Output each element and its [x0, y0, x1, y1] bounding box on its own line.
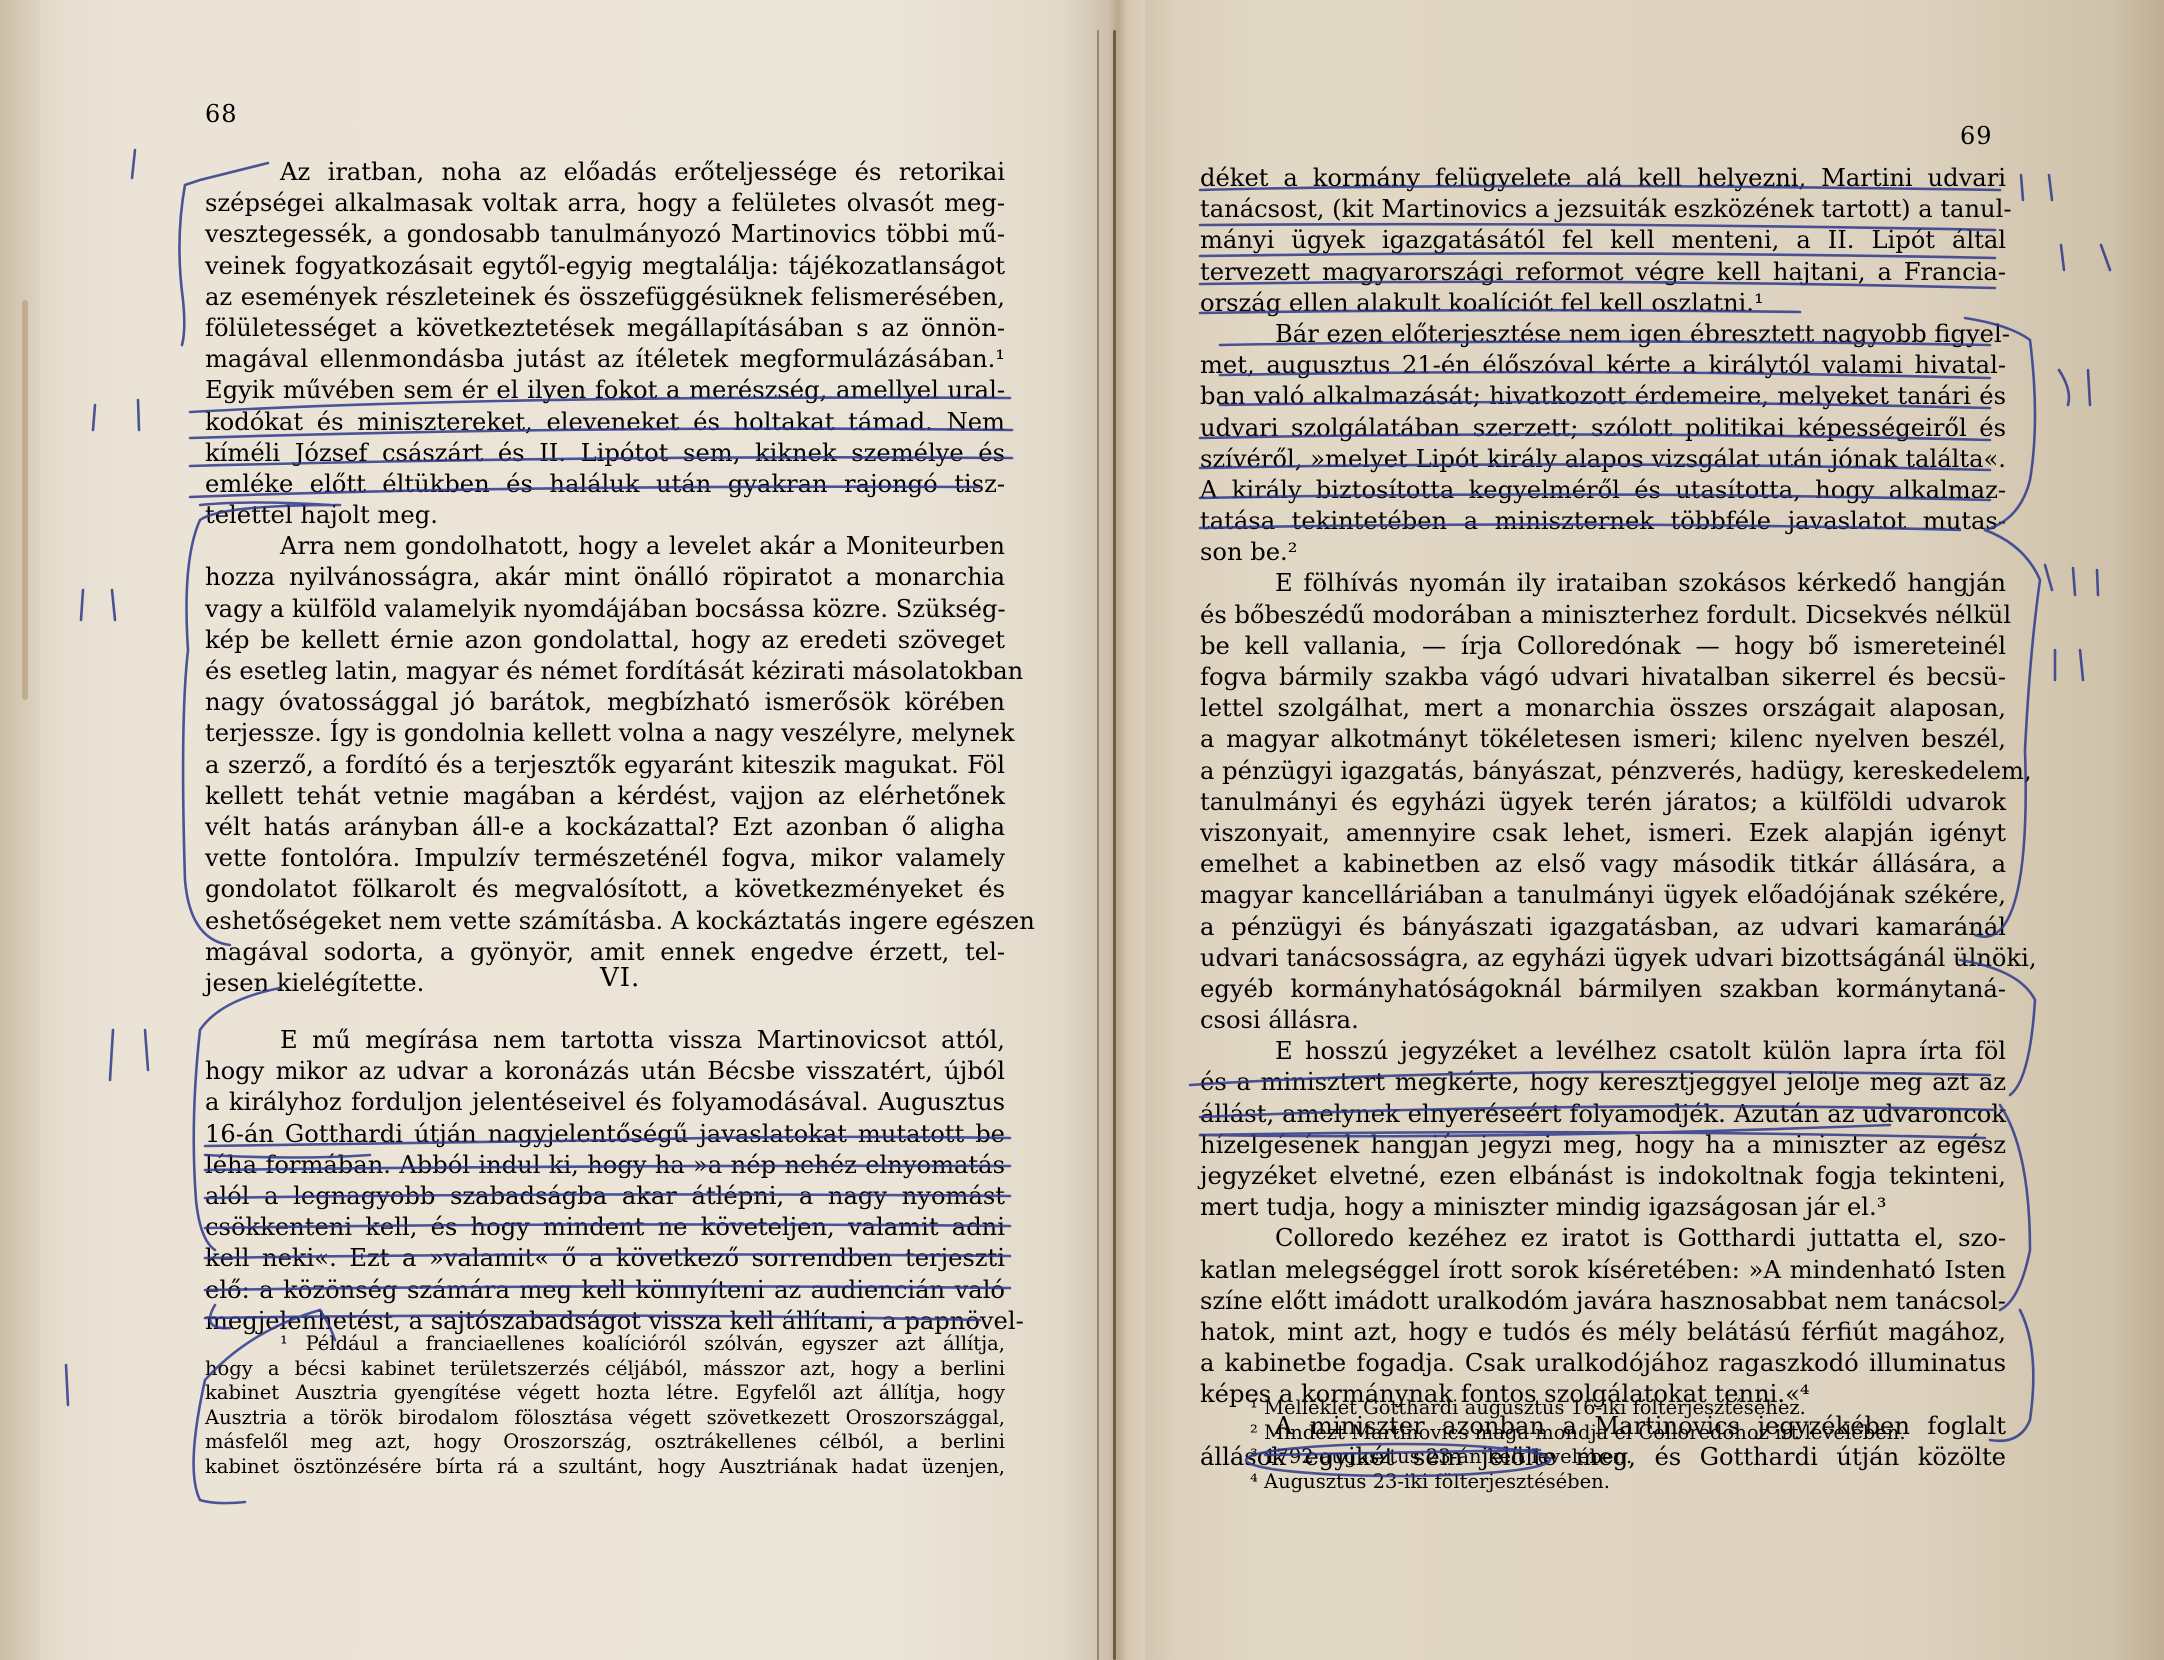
text-line: jegyzéket elvetné, ezen elbánást is indo…	[1200, 1161, 2006, 1192]
text-line: elő: a közönség számára meg kell könnyít…	[205, 1275, 1005, 1306]
paragraph: E fölhívás nyomán ily irataiban szokásos…	[1200, 568, 2006, 1036]
text-line: déket a kormány felügyelete alá kell hel…	[1200, 163, 2006, 194]
text-line: E hosszú jegyzéket a levélhez csatolt kü…	[1200, 1036, 2006, 1067]
text-line: csökkenteni kell, és hogy mindent ne köv…	[205, 1212, 1005, 1243]
text-line: tanácsost, (kit Martinovics a jezsuiták …	[1200, 194, 2006, 225]
paragraph: déket a kormány felügyelete alá kell hel…	[1200, 163, 2006, 319]
footnote-line: ³ 1792 augusztus 23-án kelt levelében.	[1250, 1445, 2000, 1470]
text-line: tervezett magyarországi reformot végre k…	[1200, 257, 2006, 288]
section-paragraph: E mű megírása nem tartotta vissza Martin…	[205, 1025, 1005, 1337]
text-line: magyar kancelláriában a tanulmányi ügyek…	[1200, 880, 2006, 911]
text-line: és esetleg latin, magyar és német fordít…	[205, 656, 1005, 687]
text-line: E mű megírása nem tartotta vissza Martin…	[205, 1025, 1005, 1056]
text-line: Arra nem gondolhatott, hogy a levelet ak…	[205, 531, 1005, 562]
text-line: fogva bármily szakba vágó udvari hivatal…	[1200, 662, 2006, 693]
text-line: hogy mikor az udvar a koronázás után Béc…	[205, 1056, 1005, 1087]
text-line: telettel hajolt meg.	[205, 500, 1005, 531]
text-line: gondolatot fölkarolt és megvalósított, a…	[205, 874, 1005, 905]
text-line: terjessze. Így is gondolnia kellett voln…	[205, 718, 1005, 749]
text-line: Az iratban, noha az előadás erőteljesség…	[205, 157, 1005, 188]
text-line: udvari tanácsosságra, az egyházi ügyek u…	[1200, 943, 2006, 974]
book-gutter	[1085, 0, 1145, 1660]
paragraph: E mű megírása nem tartotta vissza Martin…	[205, 1025, 1005, 1337]
text-line: csosi állásra.	[1200, 1005, 2006, 1036]
spine-crack	[1097, 30, 1099, 1660]
text-line: ország ellen alakult koalíciót fel kell …	[1200, 288, 2006, 319]
section-heading: VI.	[600, 963, 640, 993]
text-line: hízelgésének hangján jegyzi meg, hogy ha…	[1200, 1130, 2006, 1161]
footnote-line: ¹ Például a franciaellenes koalícióról s…	[205, 1332, 1005, 1357]
footnote-line: Ausztria a török birodalom fölosztása vé…	[205, 1406, 1005, 1431]
text-line: fölületességet a következtetések megálla…	[205, 313, 1005, 344]
page-edge	[0, 0, 40, 1660]
text-line: lettel szolgálhat, mert a monarchia össz…	[1200, 693, 2006, 724]
text-line: ban való alkalmazását; hivatkozott érdem…	[1200, 381, 2006, 412]
text-line: met, augusztus 21-én élőszóval kérte a k…	[1200, 350, 2006, 381]
text-line: egyéb kormányhatóságoknál bármilyen szak…	[1200, 974, 2006, 1005]
text-line: emelhet a kabinetben az első vagy másodi…	[1200, 849, 2006, 880]
page-number-left: 68	[205, 100, 238, 128]
text-line: udvari szolgálatában szerzett; szólott p…	[1200, 413, 2006, 444]
text-line: E fölhívás nyomán ily irataiban szokásos…	[1200, 568, 2006, 599]
text-line: tanulmányi és egyházi ügyek terén járato…	[1200, 787, 2006, 818]
right-body-text: déket a kormány felügyelete alá kell hel…	[1200, 163, 2006, 1473]
text-line: 16-án Gotthardi útján nagyjelentőségű ja…	[205, 1119, 1005, 1150]
text-line: hozza nyilvánosságra, akár mint önálló r…	[205, 562, 1005, 593]
footnote-line: kabinet ösztönzésére bírta rá a szultánt…	[205, 1455, 1005, 1480]
text-line: kell neki«. Ezt a »valamit« ő a következ…	[205, 1243, 1005, 1274]
text-line: színe előtt imádott uralkodóm javára has…	[1200, 1286, 2006, 1317]
text-line: eshetőségeket nem vette számításba. A ko…	[205, 906, 1005, 937]
footnote-line: ² Mindezt Martinovics maga mondja el Col…	[1250, 1421, 2000, 1446]
footnote-line: másfelől meg azt, hogy Oroszország, oszt…	[205, 1430, 1005, 1455]
text-line: vette fontolóra. Impulzív természeténél …	[205, 843, 1005, 874]
footnote-line: kabinet Ausztria gyengítése végett hozta…	[205, 1381, 1005, 1406]
text-line: a pénzügyi és bányászati igazgatásban, a…	[1200, 912, 2006, 943]
text-line: szívéről, »melyet Lipót király alapos vi…	[1200, 444, 2006, 475]
footnote-line: ¹ Melléklet Gotthardi augusztus 16-iki f…	[1250, 1396, 2000, 1421]
text-line: és a minisztert megkérte, hogy keresztje…	[1200, 1067, 2006, 1098]
text-line: alól a legnagyobb szabadságba akar átlép…	[205, 1181, 1005, 1212]
text-line: vesztegessék, a gondosabb tanulmányozó M…	[205, 219, 1005, 250]
water-stain	[22, 300, 28, 700]
text-line: vagy a külföld valamelyik nyomdájában bo…	[205, 594, 1005, 625]
left-body-text: Az iratban, noha az előadás erőteljesség…	[205, 157, 1005, 999]
text-line: a kabinetbe fogadja. Csak uralkodójához …	[1200, 1348, 2006, 1379]
text-line: vélt hatás arányban áll-e a kockázattal?…	[205, 812, 1005, 843]
text-line: veinek fogyatkozásait egytől-egyig megta…	[205, 251, 1005, 282]
text-line: kodókat és minisztereket, eleveneket és …	[205, 407, 1005, 438]
text-line: kellett tehát vetnie magában a kérdést, …	[205, 781, 1005, 812]
book-spread: 68 Az iratban, noha az előadás erőteljes…	[0, 0, 2164, 1660]
text-line: mert tudja, hogy a miniszter mindig igaz…	[1200, 1192, 2006, 1223]
paragraph: Arra nem gondolhatott, hogy a levelet ak…	[205, 531, 1005, 999]
text-line: viszonyait, amennyire csak lehet, ismeri…	[1200, 818, 2006, 849]
text-line: Bár ezen előterjesztése nem igen ébreszt…	[1200, 319, 2006, 350]
text-line: a magyar alkotmányt tökéletesen ismeri; …	[1200, 724, 2006, 755]
text-line: magával ellenmondásba jutást az ítéletek…	[205, 344, 1005, 375]
paragraph: Bár ezen előterjesztése nem igen ébreszt…	[1200, 319, 2006, 569]
paragraph: Colloredo kezéhez ez iratot is Gotthardi…	[1200, 1223, 2006, 1410]
text-line: az események részleteinek és összefüggés…	[205, 282, 1005, 313]
footnotes-right: ¹ Melléklet Gotthardi augusztus 16-iki f…	[1250, 1396, 2000, 1494]
text-line: kép be kellett érnie azon gondolattal, h…	[205, 625, 1005, 656]
text-line: szépségei alkalmasak voltak arra, hogy a…	[205, 188, 1005, 219]
text-line: Egyik művében sem ér el ilyen fokot a me…	[205, 375, 1005, 406]
text-line: emléke előtt éltükben és haláluk után gy…	[205, 469, 1005, 500]
spine-crack	[1113, 30, 1116, 1660]
text-line: a szerző, a fordító és a terjesztők egya…	[205, 750, 1005, 781]
text-line: son be.²	[1200, 537, 2006, 568]
text-line: hatok, mint azt, hogy e tudós és mély be…	[1200, 1317, 2006, 1348]
text-line: nagy óvatossággal jó barátok, megbízható…	[205, 687, 1005, 718]
text-line: A király biztosította kegyelméről és uta…	[1200, 475, 2006, 506]
paragraph: Az iratban, noha az előadás erőteljesség…	[205, 157, 1005, 531]
text-line: mányi ügyek igazgatásától fel kell mente…	[1200, 225, 2006, 256]
text-line: Colloredo kezéhez ez iratot is Gotthardi…	[1200, 1223, 2006, 1254]
text-line: be kell vallania, — írja Colloredónak — …	[1200, 631, 2006, 662]
footnote-line: hogy a bécsi kabinet területszerzés célj…	[205, 1357, 1005, 1382]
text-line: a pénzügyi igazgatás, bányászat, pénzver…	[1200, 756, 2006, 787]
text-line: a királyhoz forduljon jelentéseivel és f…	[205, 1087, 1005, 1118]
footnote: ¹ Például a franciaellenes koalícióról s…	[205, 1332, 1005, 1479]
text-line: és bőbeszédű modorában a miniszterhez fo…	[1200, 600, 2006, 631]
text-line: tatása tekintetében a miniszternek többf…	[1200, 506, 2006, 537]
text-line: állást, amelynek elnyeréseért folyamodjé…	[1200, 1099, 2006, 1130]
page-number-right: 69	[1960, 122, 1993, 150]
paragraph: E hosszú jegyzéket a levélhez csatolt kü…	[1200, 1036, 2006, 1223]
footnote-left: ¹ Például a franciaellenes koalícióról s…	[205, 1332, 1005, 1479]
footnote-line: ⁴ Augusztus 23-iki fölterjesztésében.	[1250, 1470, 2000, 1495]
text-line: katlan melegséggel írott sorok kíséretéb…	[1200, 1255, 2006, 1286]
text-line: kíméli József császárt és II. Lipótot se…	[205, 438, 1005, 469]
text-line: léha formában. Abból indul ki, hogy ha »…	[205, 1150, 1005, 1181]
